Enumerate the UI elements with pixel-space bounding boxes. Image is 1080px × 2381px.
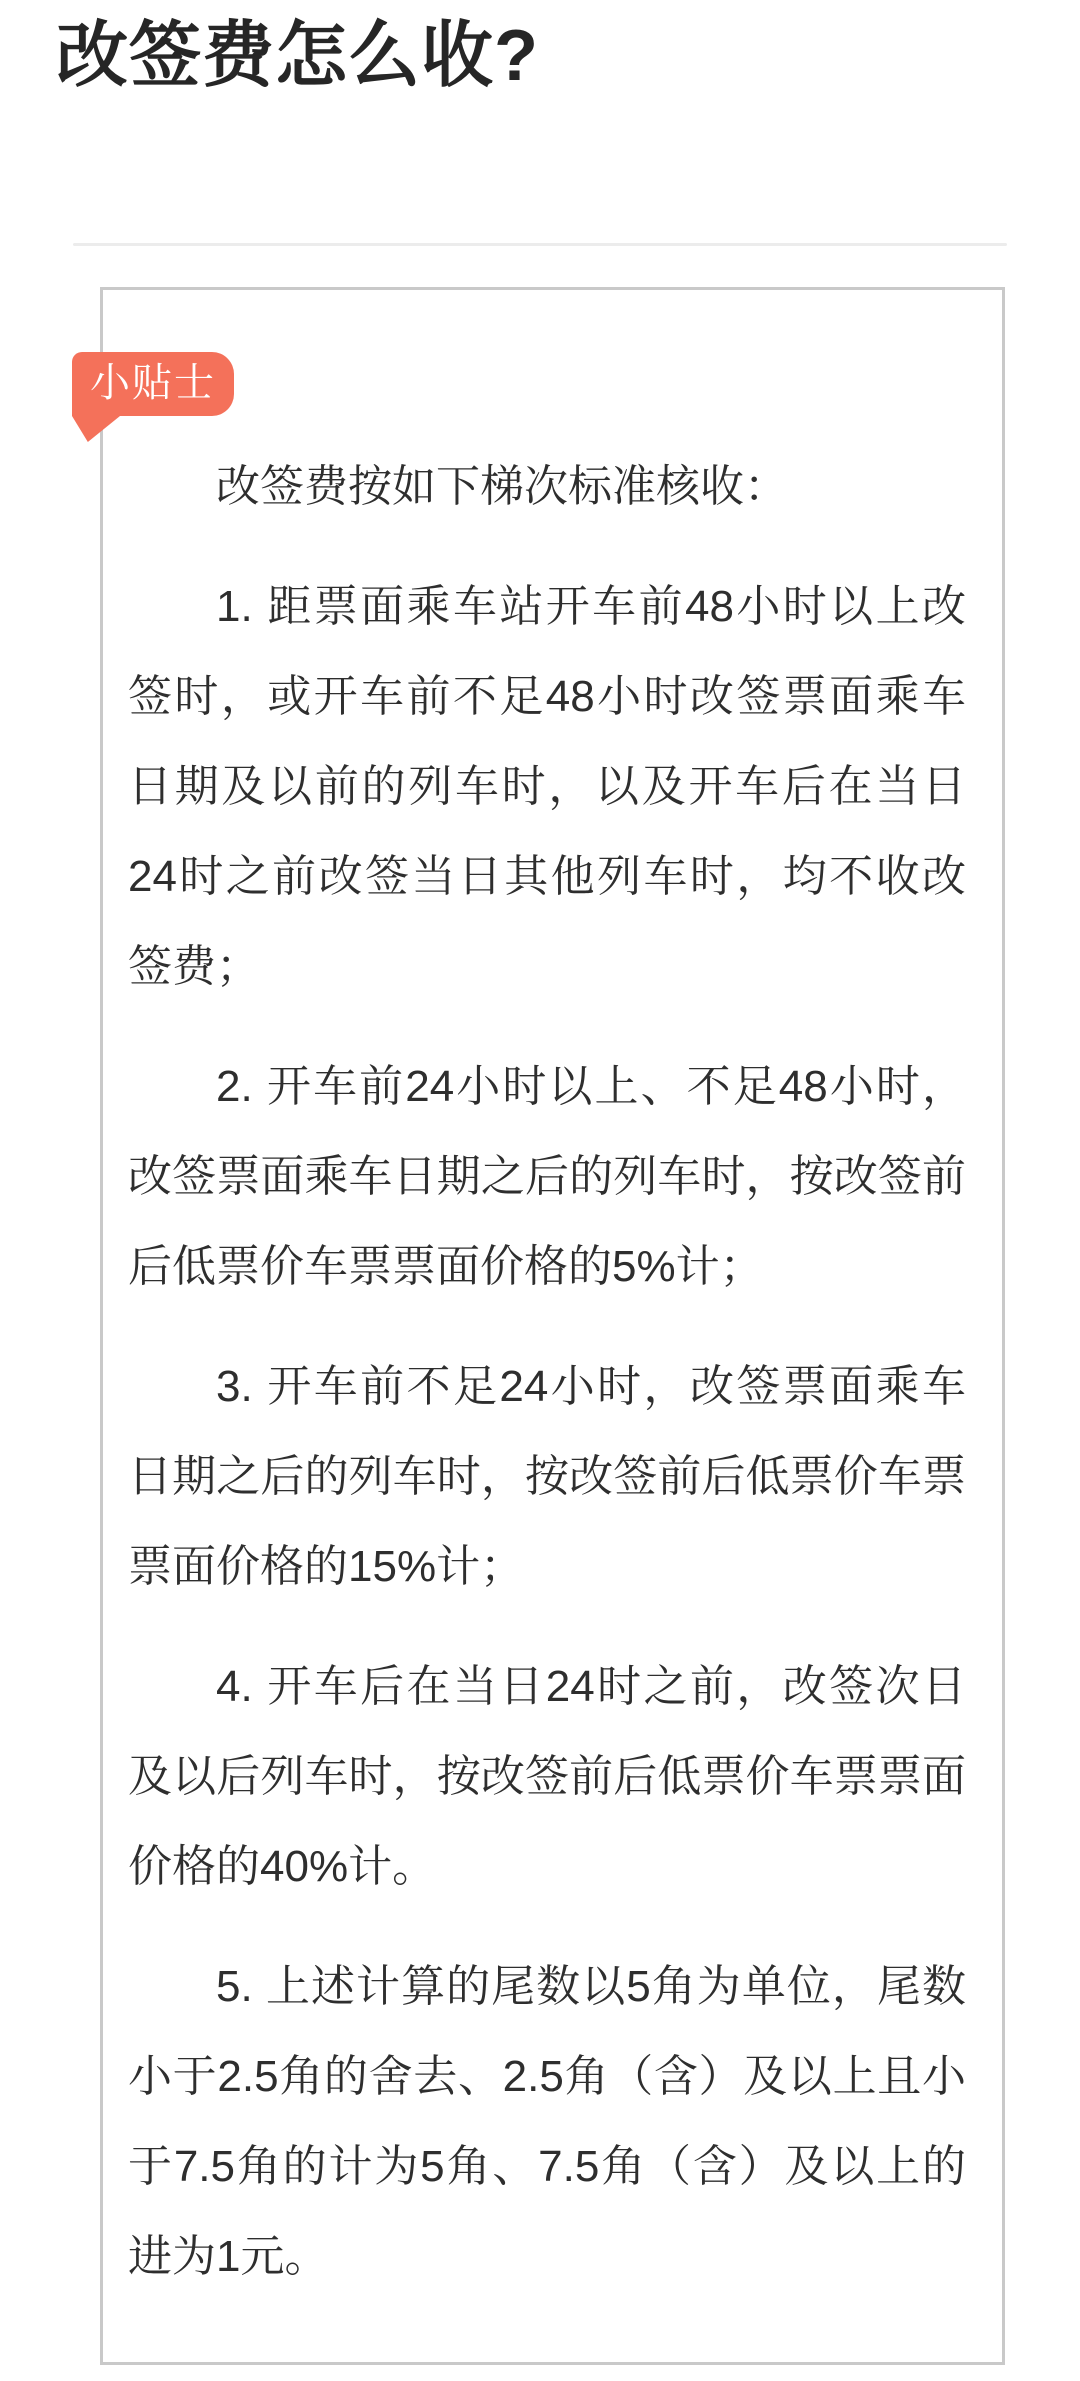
tip-badge-label: 小贴士: [90, 361, 216, 405]
divider: [73, 243, 1007, 246]
tip-item-4: 4. 开车后在当日24时之前，改签次日及以后列车时，按改签前后低票价车票票面价格…: [128, 1642, 966, 1912]
tip-box: 小贴士 改签费按如下梯次标准核收： 1. 距票面乘车站开车前48小时以上改签时，…: [100, 287, 1005, 2365]
page-title: 改签费怎么收?: [56, 16, 539, 97]
tip-item-2: 2. 开车前24小时以上、不足48小时，改签票面乘车日期之后的列车时，按改签前后…: [128, 1042, 966, 1312]
tip-intro: 改签费按如下梯次标准核收：: [128, 442, 966, 532]
tip-item-3: 3. 开车前不足24小时，改签票面乘车日期之后的列车时，按改签前后低票价车票票面…: [128, 1342, 966, 1612]
tip-item-1: 1. 距票面乘车站开车前48小时以上改签时，或开车前不足48小时改签票面乘车日期…: [128, 562, 966, 1012]
page: 改签费怎么收? 小贴士 改签费按如下梯次标准核收： 1. 距票面乘车站开车前48…: [0, 0, 1080, 2381]
tip-content: 改签费按如下梯次标准核收： 1. 距票面乘车站开车前48小时以上改签时，或开车前…: [103, 290, 1002, 2302]
tip-item-5: 5. 上述计算的尾数以5角为单位，尾数小于2.5角的舍去、2.5角（含）及以上且…: [128, 1942, 966, 2302]
tip-badge: 小贴士: [72, 352, 234, 416]
